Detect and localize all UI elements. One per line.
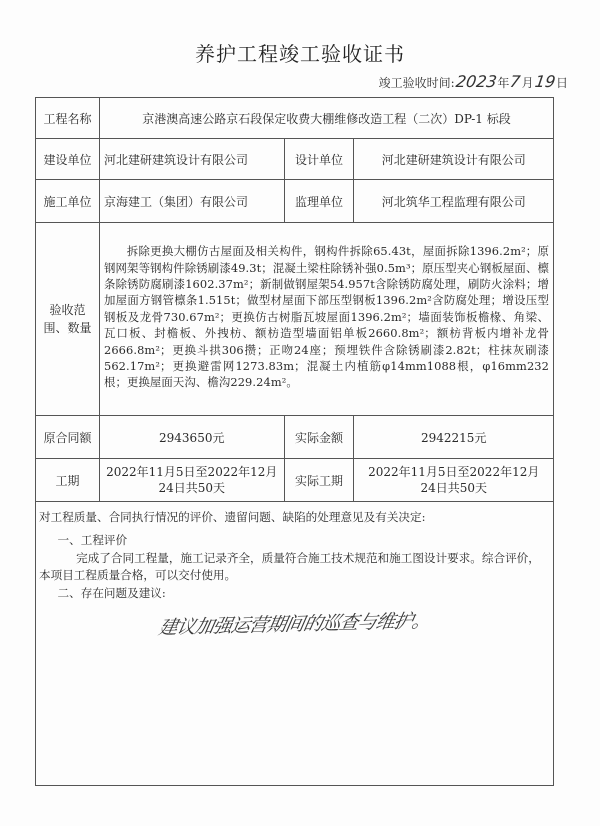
month-unit: 月 — [522, 74, 534, 91]
acceptance-date: 竣工验收时间: 2023 年 7 月 19 日 — [379, 72, 568, 91]
project-name-label: 工程名称 — [36, 98, 100, 139]
supervision-unit-value: 河北筑华工程监理有限公司 — [354, 180, 554, 223]
row-units-1: 建设单位 河北建研建筑设计有限公司 设计单位 河北建研建筑设计有限公司 — [36, 139, 554, 180]
planned-period-value: 2022年11月5日至2022年12月24日共50天 — [99, 459, 284, 502]
design-unit-value: 河北建研建筑设计有限公司 — [354, 139, 554, 180]
acceptance-year: 2023 — [454, 72, 497, 91]
section2-title: 二、存在问题及建议: — [39, 584, 550, 603]
page-title: 养护工程竣工验收证书 — [0, 38, 600, 67]
day-unit: 日 — [556, 74, 568, 91]
construction-unit-value: 河北建研建筑设计有限公司 — [99, 139, 284, 180]
row-units-2: 施工单位 京海建工（集团）有限公司 监理单位 河北筑华工程监理有限公司 — [36, 180, 554, 223]
contractor-unit-value: 京海建工（集团）有限公司 — [99, 180, 284, 223]
original-contract-amount-value: 2943650元 — [99, 416, 284, 459]
planned-period-label: 工期 — [36, 459, 100, 502]
acceptance-certificate-table: 工程名称 京港澳高速公路京石段保定收费大棚维修改造工程（二次）DP-1 标段 建… — [35, 97, 554, 786]
row-scope: 验收范围、数量 拆除更换大棚仿古屋面及相关构件，钢构件拆除65.43t，屋面拆除… — [36, 223, 554, 416]
scope-value: 拆除更换大棚仿古屋面及相关构件，钢构件拆除65.43t，屋面拆除1396.2m²… — [99, 223, 553, 416]
section1-body: 完成了合同工程量，施工记录齐全，质量符合施工技术规范和施工图设计要求。综合评价，… — [39, 550, 550, 584]
supervision-unit-label: 监理单位 — [284, 180, 354, 223]
opinions-heading: 对工程质量、合同执行情况的评价、遗留问题、缺陷的处理意见及有关决定: — [39, 508, 550, 527]
row-periods: 工期 2022年11月5日至2022年12月24日共50天 实际工期 2022年… — [36, 459, 554, 502]
actual-amount-value: 2942215元 — [354, 416, 554, 459]
construction-unit-label: 建设单位 — [36, 139, 100, 180]
actual-period-value: 2022年11月5日至2022年12月24日共50天 — [354, 459, 554, 502]
actual-amount-label: 实际金额 — [284, 416, 354, 459]
design-unit-label: 设计单位 — [284, 139, 354, 180]
acceptance-month: 7 — [509, 72, 522, 91]
section1-title: 一、工程评价 — [39, 531, 550, 550]
project-name-value: 京港澳高速公路京石段保定收费大棚维修改造工程（二次）DP-1 标段 — [99, 98, 553, 139]
contractor-unit-label: 施工单位 — [36, 180, 100, 223]
actual-period-label: 实际工期 — [284, 459, 354, 502]
handwritten-suggestion: 建议加强运营期间的巡查与维护。 — [36, 612, 432, 641]
original-contract-amount-label: 原合同额 — [36, 416, 100, 459]
opinions-cell: 对工程质量、合同执行情况的评价、遗留问题、缺陷的处理意见及有关决定: 一、工程评… — [36, 502, 554, 786]
acceptance-day: 19 — [533, 72, 556, 91]
row-opinions: 对工程质量、合同执行情况的评价、遗留问题、缺陷的处理意见及有关决定: 一、工程评… — [36, 502, 554, 786]
row-project-name: 工程名称 京港澳高速公路京石段保定收费大棚维修改造工程（二次）DP-1 标段 — [36, 98, 554, 139]
row-amounts: 原合同额 2943650元 实际金额 2942215元 — [36, 416, 554, 459]
scope-label: 验收范围、数量 — [36, 223, 100, 416]
scope-text: 拆除更换大棚仿古屋面及相关构件，钢构件拆除65.43t，屋面拆除1396.2m²… — [104, 243, 549, 391]
year-unit: 年 — [497, 74, 509, 91]
acceptance-date-label: 竣工验收时间: — [379, 74, 455, 91]
